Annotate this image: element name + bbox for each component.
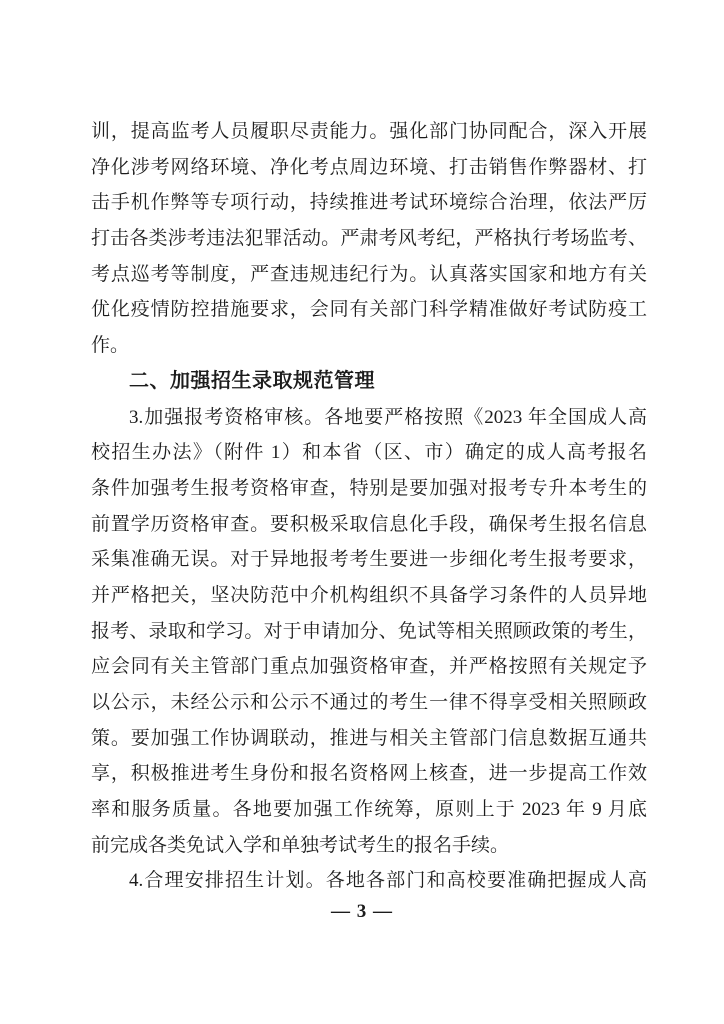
- text-line: 以公示，未经公示和公示不通过的考生一律不得享受相关照顾政: [91, 685, 647, 721]
- text-line: 打击各类涉考违法犯罪活动。严肃考风考纪，严格执行考场监考、: [91, 221, 647, 257]
- section-heading: 二、加强招生录取规范管理: [91, 364, 647, 400]
- text-line: 校招生办法》（附件 1）和本省（区、市）确定的成人高考报名: [91, 435, 647, 471]
- text-line: 3.加强报考资格审核。各地要严格按照《2023 年全国成人高: [91, 400, 647, 436]
- text-line: 前置学历资格审查。要积极采取信息化手段，确保考生报名信息: [91, 507, 647, 543]
- document-page: 训，提高监考人员履职尽责能力。强化部门协同配合，深入开展净化涉考网络环境、净化考…: [0, 0, 724, 1024]
- text-line: 率和服务质量。各地要加强工作统筹，原则上于 2023 年 9 月底: [91, 792, 647, 828]
- text-line: 条件加强考生报考资格审查，特别是要加强对报考专升本考生的: [91, 471, 647, 507]
- text-block: 训，提高监考人员履职尽责能力。强化部门协同配合，深入开展净化涉考网络环境、净化考…: [91, 114, 647, 899]
- page-number: — 3 —: [0, 896, 724, 928]
- text-line: 优化疫情防控措施要求，会同有关部门科学精准做好考试防疫工: [91, 292, 647, 328]
- text-line: 考点巡考等制度，严查违规违纪行为。认真落实国家和地方有关: [91, 257, 647, 293]
- text-line: 应会同有关主管部门重点加强资格审查，并严格按照有关规定予: [91, 649, 647, 685]
- text-line: 并严格把关，坚决防范中介机构组织不具备学习条件的人员异地: [91, 578, 647, 614]
- text-line: 4.合理安排招生计划。各地各部门和高校要准确把握成人高: [91, 863, 647, 899]
- text-line: 策。要加强工作协调联动，推进与相关主管部门信息数据互通共: [91, 721, 647, 757]
- text-line: 报考、录取和学习。对于申请加分、免试等相关照顾政策的考生，: [91, 614, 647, 650]
- text-line: 前完成各类免试入学和单独考试考生的报名手续。: [91, 828, 647, 864]
- text-line: 净化涉考网络环境、净化考点周边环境、打击销售作弊器材、打: [91, 150, 647, 186]
- text-line: 采集准确无误。对于异地报考考生要进一步细化考生报考要求，: [91, 542, 647, 578]
- text-line: 享，积极推进考生身份和报名资格网上核查，进一步提高工作效: [91, 756, 647, 792]
- text-line: 作。: [91, 328, 647, 364]
- text-line: 训，提高监考人员履职尽责能力。强化部门协同配合，深入开展: [91, 114, 647, 150]
- text-line: 击手机作弊等专项行动，持续推进考试环境综合治理，依法严厉: [91, 185, 647, 221]
